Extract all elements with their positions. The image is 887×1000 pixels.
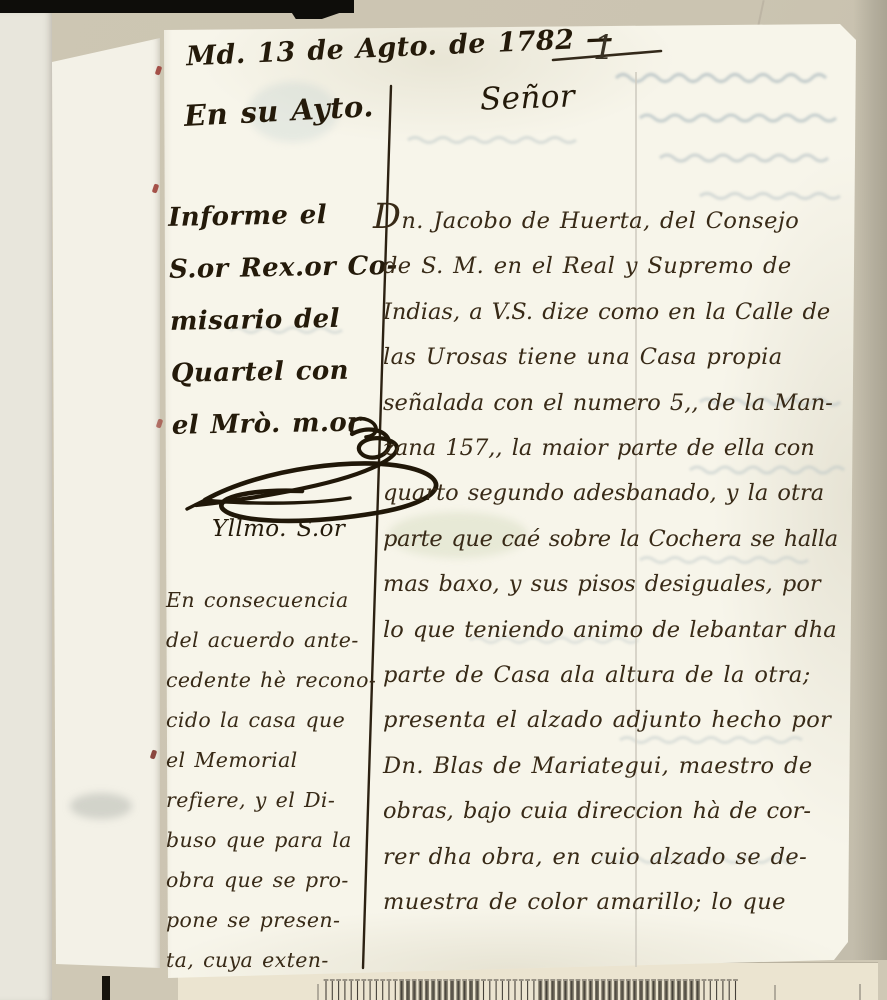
margin-paragraph-line: el Memorial xyxy=(166,740,374,780)
body-line: rer dha obra, en cuio alzado se de- xyxy=(383,835,853,880)
body-line: parte que caé sobre la Cochera se halla xyxy=(383,517,853,562)
margin-paragraph-line: del acuerdo ante- xyxy=(166,620,374,660)
body-line: presenta el alzado adjunto hecho por xyxy=(383,698,853,743)
body-line: obras, bajo cuia direccion hà de cor- xyxy=(383,789,853,834)
margin-note: Informe el S.or Rex.or Co- misario del Q… xyxy=(168,188,383,452)
body-line: Dn. Jacobo de Huerta, del Consejo xyxy=(373,199,853,244)
body-line: zana 157,, la maior parte de ella con xyxy=(383,426,853,471)
margin-salutation: Yllmo. S.or xyxy=(212,516,345,542)
salutation: Señor xyxy=(479,78,575,117)
body-line: quarto segundo adesbanado, y la otra xyxy=(383,471,853,516)
body-line: muestra de color amarillo; lo que xyxy=(383,880,853,925)
margin-note-line: misario del xyxy=(170,292,381,348)
body-line: las Urosas tiene una Casa propia xyxy=(383,335,853,380)
folio-mark: 1 xyxy=(593,28,615,68)
margin-paragraph-line: pone se presen- xyxy=(166,900,374,940)
margin-paragraph-line: refiere, y el Di- xyxy=(166,780,374,820)
margin-note-line: Quartel con xyxy=(170,344,381,400)
body-line: de S. M. en el Real y Supremo de xyxy=(383,244,853,289)
margin-paragraph-line: cido la casa que xyxy=(166,700,374,740)
body-line: señalada con el numero 5,, de la Man- xyxy=(383,381,853,426)
body-line: mas baxo, y sus pisos desiguales, por xyxy=(383,562,853,607)
body-line: Indias, a V.S. dize como en la Calle de xyxy=(383,290,853,335)
body-line: parte de Casa ala altura de la otra; xyxy=(383,653,853,698)
margin-paragraph-line: ta, cuya exten- xyxy=(166,940,374,980)
margin-paragraph-line: buso que para la xyxy=(166,820,374,860)
margin-paragraph-line: cedente hè recono- xyxy=(166,660,374,700)
margin-paragraph: En consecuencia del acuerdo ante- cedent… xyxy=(166,580,374,980)
margin-note-line: S.or Rex.or Co- xyxy=(169,240,380,296)
margin-paragraph-line: obra que se pro- xyxy=(166,860,374,900)
body-text: Dn. Jacobo de Huerta, del Consejo de S. … xyxy=(383,199,853,926)
margin-note-line: Informe el xyxy=(168,188,379,244)
body-line: lo que teniendo animo de lebantar dha xyxy=(383,608,853,653)
body-line: Dn. Blas de Mariategui, maestro de xyxy=(383,744,853,789)
manuscript-scan: Md. 13 de Agto. de 1782 — En su Ayto. 1 … xyxy=(0,0,887,1000)
margin-note-line: el Mrò. m.or xyxy=(171,396,382,452)
margin-paragraph-line: En consecuencia xyxy=(166,580,374,620)
